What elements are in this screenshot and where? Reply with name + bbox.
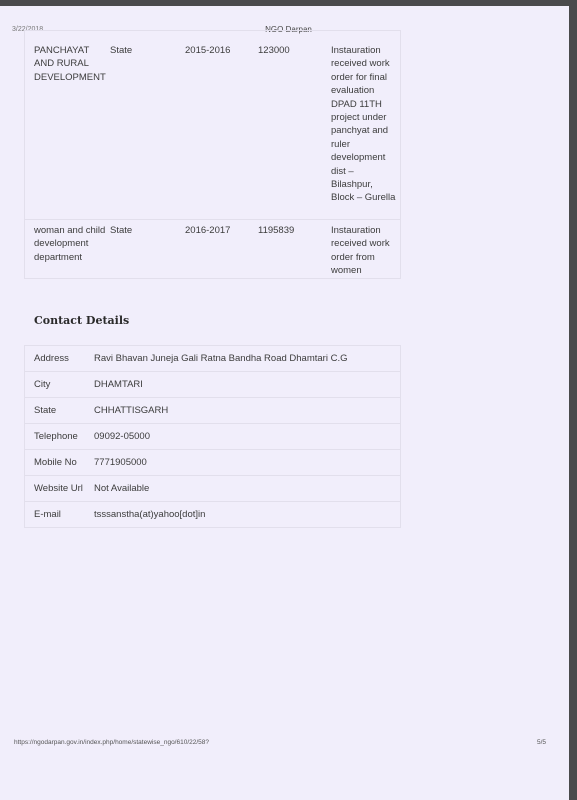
contact-label: Address xyxy=(25,346,95,372)
source-cell: State xyxy=(110,220,185,279)
amount-cell: 1195839 xyxy=(258,220,331,279)
contact-row-address: Address Ravi Bhavan Juneja Gali Ratna Ba… xyxy=(25,346,401,372)
contact-label: Mobile No xyxy=(25,450,95,476)
contact-row-mobile: Mobile No 7771905000 xyxy=(25,450,401,476)
amount-cell: 123000 xyxy=(258,31,331,220)
contact-row-telephone: Telephone 09092-05000 xyxy=(25,424,401,450)
contact-table: Address Ravi Bhavan Juneja Gali Ratna Ba… xyxy=(24,345,401,528)
contact-value: 09092-05000 xyxy=(94,424,401,450)
works-table: PANCHAYAT AND RURAL DEVELOPMENT State 20… xyxy=(24,30,401,279)
contact-value: Not Available xyxy=(94,476,401,502)
year-cell: 2015-2016 xyxy=(185,31,258,220)
year-cell: 2016-2017 xyxy=(185,220,258,279)
table-row: woman and child development department S… xyxy=(25,220,401,279)
contact-label: E-mail xyxy=(25,502,95,528)
contact-value: 7771905000 xyxy=(94,450,401,476)
contact-details-heading: Contact Details xyxy=(34,314,129,327)
contact-label: Website Url xyxy=(25,476,95,502)
contact-row-website: Website Url Not Available xyxy=(25,476,401,502)
description-cell: Instauration received work order for fin… xyxy=(331,31,401,220)
printed-page: 3/22/2018 NGO Darpan PANCHAYAT AND RURAL… xyxy=(0,6,569,800)
contact-value: DHAMTARI xyxy=(94,372,401,398)
contact-value: Ravi Bhavan Juneja Gali Ratna Bandha Roa… xyxy=(94,346,401,372)
contact-row-city: City DHAMTARI xyxy=(25,372,401,398)
page-number: 5/5 xyxy=(537,739,546,746)
contact-label: State xyxy=(25,398,95,424)
contact-label: City xyxy=(25,372,95,398)
contact-row-email: E-mail tsssanstha(at)yahoo[dot]in xyxy=(25,502,401,528)
description-cell: Instauration received work order from wo… xyxy=(331,220,401,279)
department-cell: woman and child development department xyxy=(25,220,111,279)
contact-value: tsssanstha(at)yahoo[dot]in xyxy=(94,502,401,528)
department-cell: PANCHAYAT AND RURAL DEVELOPMENT xyxy=(25,31,111,220)
contact-label: Telephone xyxy=(25,424,95,450)
contact-row-state: State CHHATTISGARH xyxy=(25,398,401,424)
source-cell: State xyxy=(110,31,185,220)
footer-url: https://ngodarpan.gov.in/index.php/home/… xyxy=(14,739,209,746)
table-row: PANCHAYAT AND RURAL DEVELOPMENT State 20… xyxy=(25,31,401,220)
contact-value: CHHATTISGARH xyxy=(94,398,401,424)
